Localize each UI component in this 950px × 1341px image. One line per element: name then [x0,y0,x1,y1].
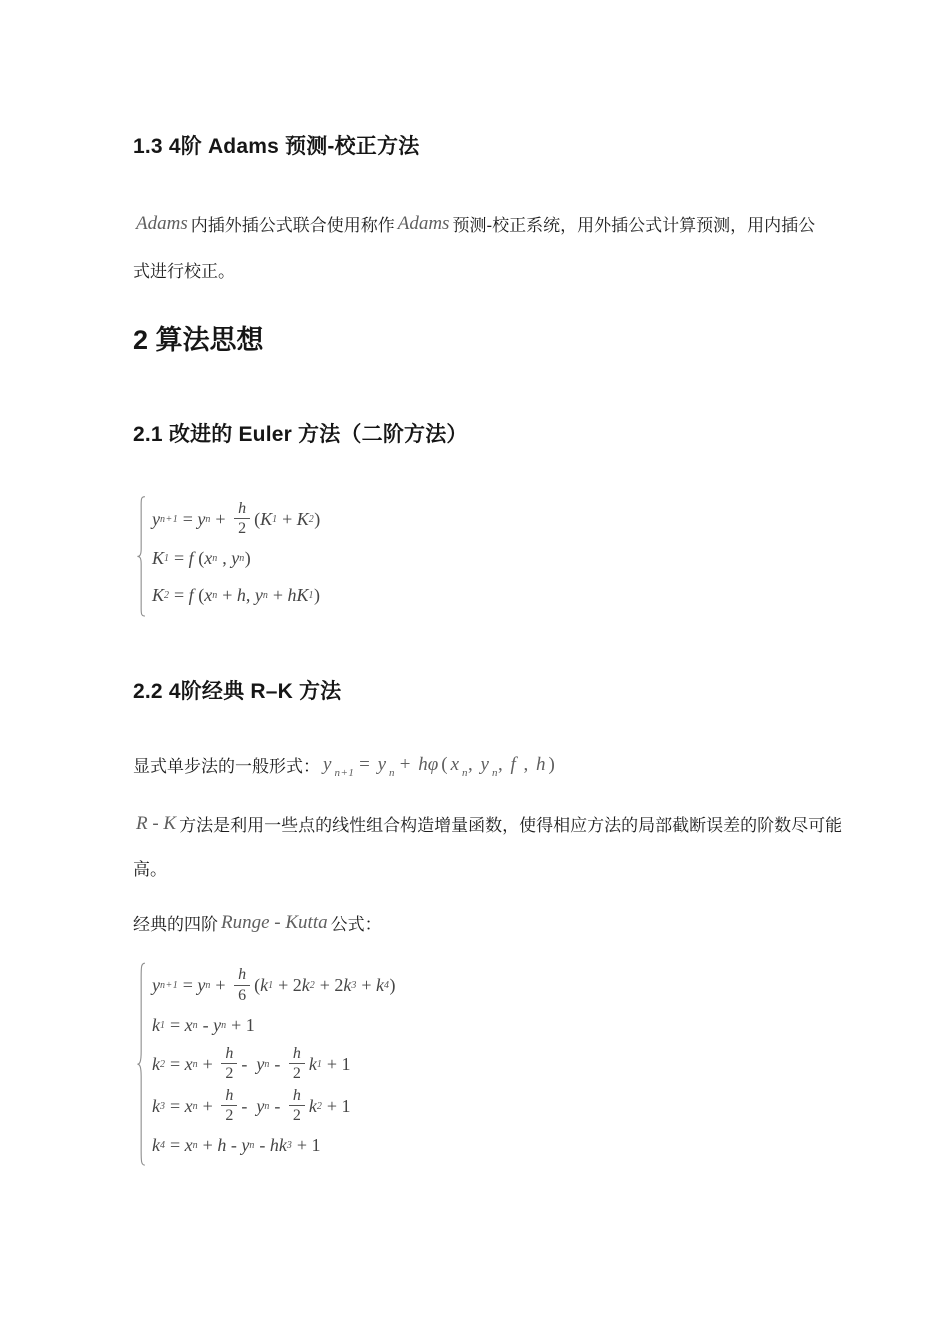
math-token: h6 [234,966,250,1005]
math-token: = [170,548,189,569]
math-token: h [237,585,246,606]
math-token: ) [314,585,320,606]
math-token: k [309,1096,317,1117]
math-token: h2 [234,500,250,539]
math-token: k [152,1015,160,1036]
heading-2-1-improved-euler: 2.1 改进的 Euler 方法（二阶方法） [133,421,863,449]
left-brace-icon [135,962,146,1166]
math-token: h2 [221,1045,237,1084]
math-token: - [241,1096,256,1117]
math-token: K [152,548,164,569]
math-token: + [198,1135,217,1156]
math-token: Adams [136,213,188,234]
math-token: , [246,585,255,606]
formula-rk4-lines: yn+1 = yn + h6(k1 + 2k2 + 2k3 + k4)k1 = … [152,966,396,1162]
math-token: = [170,585,189,606]
math-token: x [185,1135,193,1156]
formula-euler-lines: yn+1 = yn + h2(K1 + K2)K1 = f (xn , yn)K… [152,500,320,613]
document-content: 1.3 4阶 Adams 预测-校正方法 Adams内插外插公式联合使用称作Ad… [133,133,863,1170]
math-token: ) [314,509,320,530]
math-token: R - K [136,813,176,834]
math-token: x [451,754,459,775]
math-token: + [211,975,230,996]
math-token: - [270,1054,285,1075]
math-token: h [217,1135,226,1156]
math-token: K [260,509,272,530]
paragraph-rk-intro: 经典的四阶Runge - Kutta公式： [133,909,863,941]
math-token: k [309,1054,317,1075]
math-token: = [166,1054,185,1075]
math-token: y [197,509,205,530]
math-token: Adams [398,213,450,234]
math-token: y [256,1096,264,1117]
math-token: h2 [221,1087,237,1126]
math-token: - [255,1135,270,1156]
math-token: y [323,754,331,775]
math-token: ( [441,754,447,775]
math-token: h2 [289,1045,305,1084]
math-token: + 2 [315,975,343,996]
paragraph-adams-description: Adams内插外插公式联合使用称作Adams预测-校正系统，用外插公式计算预测，… [133,203,825,295]
formula-line: yn+1 = yn + h2(K1 + K2) [152,500,320,539]
math-token: x [185,1096,193,1117]
math-token: y [213,1015,221,1036]
math-token: + [268,585,287,606]
math-token: k [260,975,268,996]
math-token: y [231,548,239,569]
math-token: k [302,975,310,996]
math-token: k [152,1054,160,1075]
text-token: 经典的四阶 [133,915,218,934]
math-token: + [395,754,415,775]
math-token: ( [194,585,205,606]
math-token: + [198,1096,217,1117]
math-token: n+1 [160,514,178,525]
math-token: hk [270,1135,287,1156]
text-token: 公式： [331,915,382,934]
math-token: + [218,585,237,606]
paragraph-general-form: 显式单步法的一般形式：yn+1 = yn + hφ(xn, yn, f , h) [133,752,863,788]
math-token: + 1 [292,1135,320,1156]
math-token: K [152,585,164,606]
math-token: + 2 [274,975,302,996]
math-token: + [278,509,297,530]
math-token: y [152,975,160,996]
math-token: y [378,754,386,775]
math-token: = [166,1096,185,1117]
math-token: x [185,1015,193,1036]
math-token: x [204,548,212,569]
math-token: , [468,754,478,775]
paragraph-rk-description: R - K方法是利用一些点的线性组合构造增量函数，使得相应方法的局部截断误差的阶… [133,804,849,892]
math-token: h [536,754,546,775]
formula-line: yn+1 = yn + h6(k1 + 2k2 + 2k3 + k4) [152,966,396,1005]
math-token: ) [549,754,555,775]
text-token: 显式单步法的一般形式： [133,757,320,776]
formula-euler-system: yn+1 = yn + h2(K1 + K2)K1 = f (xn , yn)K… [135,493,320,620]
math-token: x [185,1054,193,1075]
math-token: hK [288,585,309,606]
math-token: hφ [418,754,438,775]
left-brace-icon [135,496,146,617]
math-token: y [241,1135,249,1156]
math-token: , [498,754,508,775]
math-token: h2 [289,1087,305,1126]
math-token: - [198,1015,213,1036]
math-token: = [354,754,374,775]
math-token: = [166,1015,185,1036]
math-token: n+1 [334,767,354,779]
math-token: ) [390,975,396,996]
math-token: k [376,975,384,996]
math-token: + [357,975,376,996]
math-token: - [241,1054,256,1075]
formula-line: k3 = xn + h2- yn - h2k2 + 1 [152,1087,396,1126]
heading-2-2-classic-rk: 2.2 4阶经典 R–K 方法 [133,678,863,706]
formula-line: k4 = xn + h - yn - hk3 + 1 [152,1129,396,1163]
math-token: + [198,1054,217,1075]
heading-1-3-adams: 1.3 4阶 Adams 预测-校正方法 [133,133,863,161]
math-token: + 1 [227,1015,255,1036]
formula-line: K2 = f (xn + h, yn + hK1) [152,579,320,613]
document-page: 1.3 4阶 Adams 预测-校正方法 Adams内插外插公式联合使用称作Ad… [0,0,950,1341]
math-token: , [218,548,232,569]
math-token: + 1 [322,1054,350,1075]
math-token: - [226,1135,241,1156]
math-token: + 1 [322,1096,350,1117]
text-token: 内插外插公式联合使用称作 [191,216,395,235]
math-token: K [297,509,309,530]
text-token: 方法是利用一些点的线性组合构造增量函数，使得相应方法的局部截断误差的阶数尽可能高… [133,816,842,879]
heading-2-algorithm-idea: 2 算法思想 [133,323,863,357]
math-token: n+1 [160,980,178,991]
math-token: ( [194,548,205,569]
math-token: = [178,509,197,530]
math-token: y [481,754,489,775]
math-token: y [152,509,160,530]
math-token: , [519,754,533,775]
math-token: f [510,754,515,775]
math-token: k [152,1096,160,1117]
math-token: = [178,975,197,996]
math-token: y [197,975,205,996]
math-token: k [152,1135,160,1156]
math-token: - [270,1096,285,1117]
math-token: ) [245,548,251,569]
math-token: y [256,1054,264,1075]
math-token: Runge - Kutta [221,912,328,933]
math-token: = [166,1135,185,1156]
math-token: y [255,585,263,606]
formula-line: k2 = xn + h2- yn - h2k1 + 1 [152,1045,396,1084]
formula-line: K1 = f (xn , yn) [152,542,320,576]
math-token: x [204,585,212,606]
formula-line: k1 = xn - yn + 1 [152,1008,396,1042]
formula-rk4-system: yn+1 = yn + h6(k1 + 2k2 + 2k3 + k4)k1 = … [135,959,396,1169]
math-token: + [211,509,230,530]
